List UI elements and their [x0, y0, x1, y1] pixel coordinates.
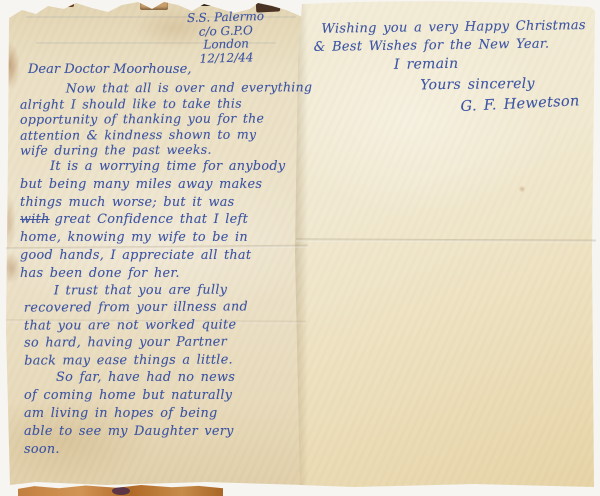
letter-line: It is a worrying time for anybody: [20, 158, 285, 176]
letter-line: that you are not worked quite: [24, 316, 248, 335]
torn-edge-mark: [110, 1, 116, 5]
struck-word: with: [20, 212, 50, 227]
paragraph-2: It is a worrying time for anybody but be…: [20, 158, 285, 283]
letter-line: of coming home but naturally: [24, 387, 235, 405]
torn-edge-mark: [34, 0, 56, 5]
scanned-letter: S.S. Palermo c/o G.P.O London 12/12/44 D…: [0, 0, 600, 496]
letter-line: opportunity of thanking you for the: [20, 110, 312, 127]
letter-line: soon.: [24, 441, 235, 459]
torn-edge-mark: [186, 0, 216, 6]
closing-line: Yours sincerely: [420, 75, 588, 93]
letter-line: wife during the past weeks.: [20, 142, 312, 159]
letter-line: things much worse; but it was: [20, 194, 285, 212]
letter-line: home, knowing my wife to be in: [20, 229, 285, 247]
closing-line: I remain: [394, 54, 588, 73]
letter-line: am living in hopes of being: [24, 405, 235, 423]
letter-line: Now that all is over and everything: [20, 79, 312, 96]
torn-edge-mark: [58, 1, 74, 7]
torn-paper-strip: [18, 485, 223, 496]
closing-line: Wishing you a very Happy Christmas: [321, 18, 587, 37]
letter-line-text: great Confidence that I left: [55, 212, 248, 227]
letter-line: able to see my Daughter very: [24, 423, 235, 441]
closing-block: Wishing you a very Happy Christmas & Bes…: [307, 18, 588, 115]
letter-line: I trust that you are fully: [24, 281, 248, 300]
letter-line: withgreat Confidence that I left: [20, 211, 285, 229]
paragraph-1: Now that all is over and everything alri…: [20, 79, 313, 158]
letter-line: recovered from your illness and: [24, 299, 248, 318]
letter-line: alright I should like to take this: [20, 95, 312, 112]
letter-line: but being many miles away makes: [20, 176, 285, 194]
letter-line: So far, have had no news: [24, 369, 235, 387]
paragraph-4: So far, have had no news of coming home …: [24, 369, 235, 459]
paragraph-3: I trust that you are fully recovered fro…: [24, 281, 249, 369]
letter-line: so hard, having your Partner: [24, 334, 248, 353]
ink-blot: [112, 487, 130, 495]
salutation: Dear Doctor Moorhouse,: [28, 62, 191, 77]
letter-line: good hands, I appreciate all that: [20, 247, 285, 265]
torn-paper-flap: [140, 0, 168, 10]
letter-line: back may ease things a little.: [24, 351, 248, 370]
closing-line: & Best Wishes for the New Year.: [314, 36, 588, 55]
sender-address-block: S.S. Palermo c/o G.P.O London 12/12/44: [167, 9, 284, 66]
letter-line: attention & kindness shown to my: [20, 126, 312, 143]
letter-line: has been done for her.: [20, 265, 285, 283]
